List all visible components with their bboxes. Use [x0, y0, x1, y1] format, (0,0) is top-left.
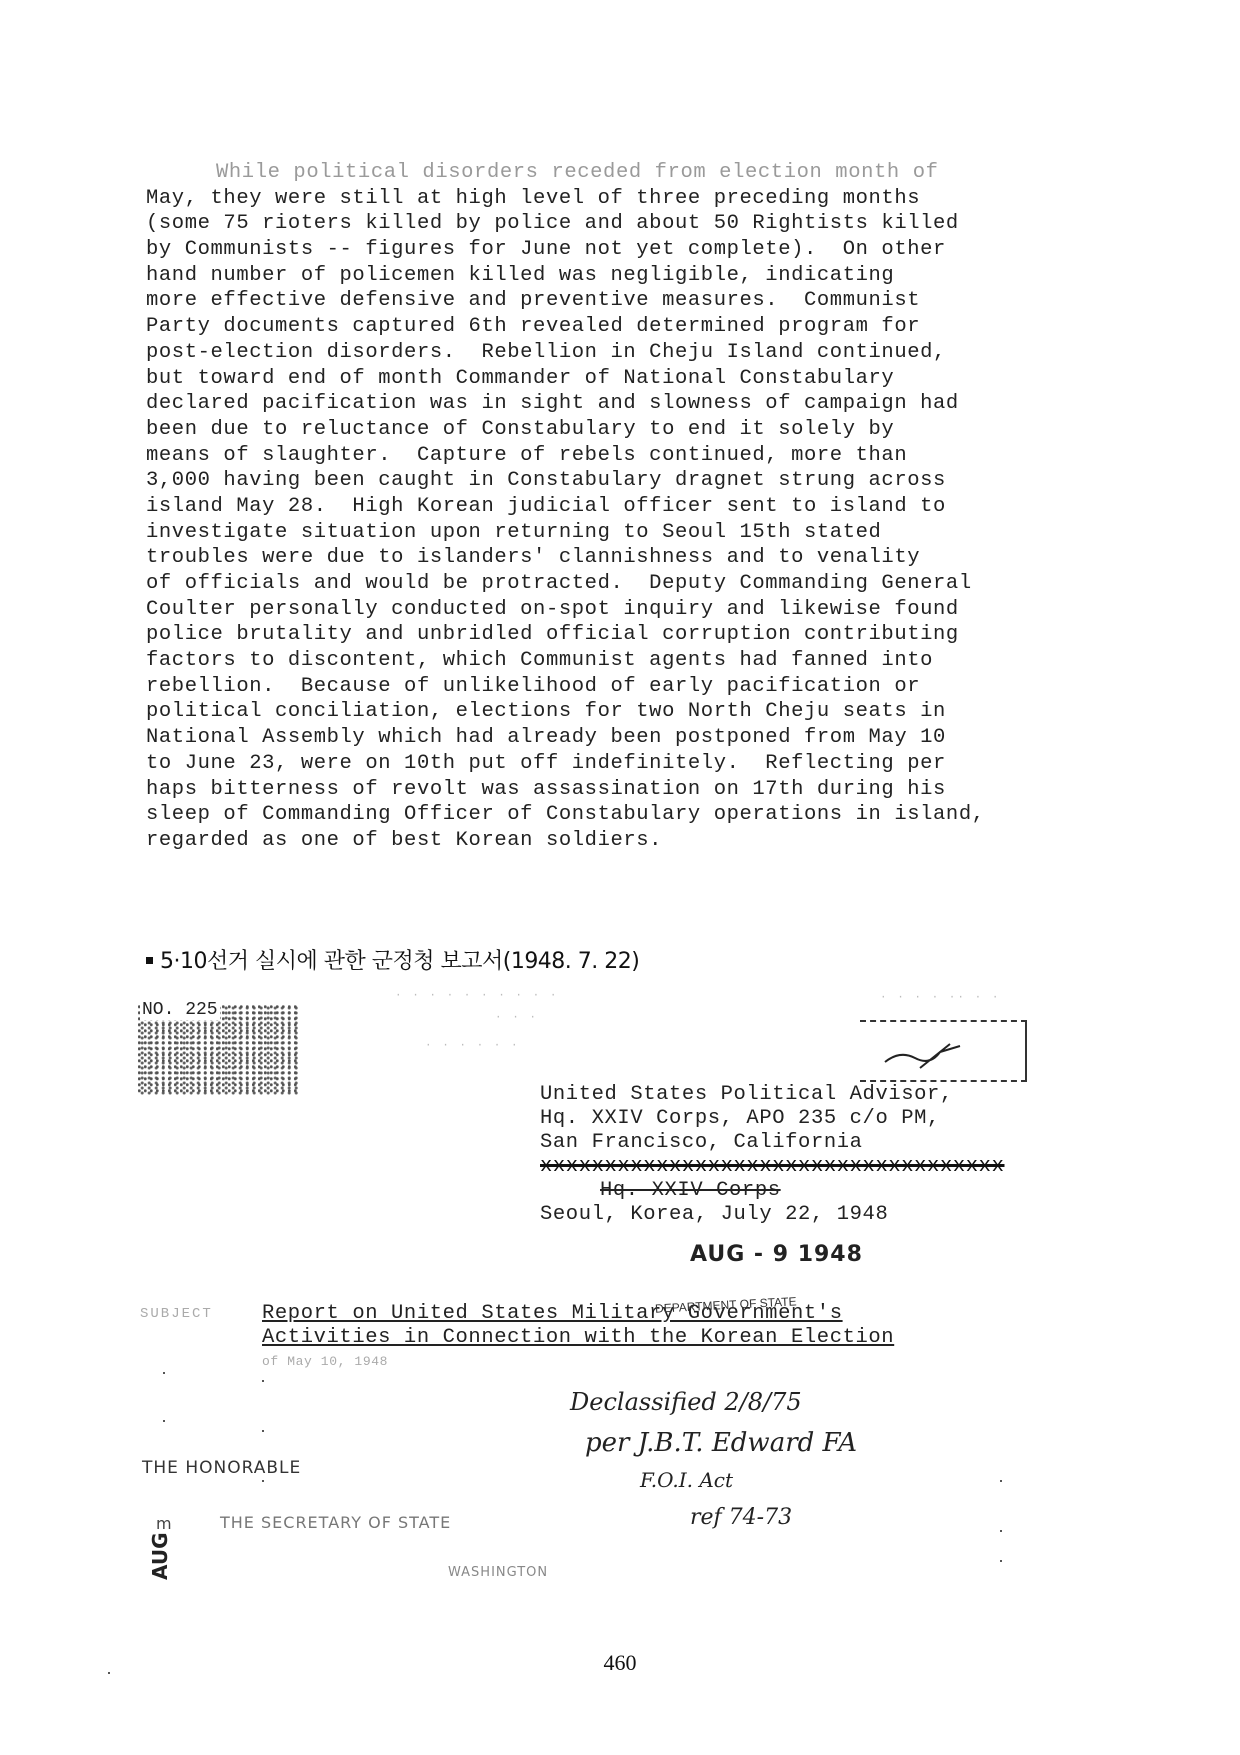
report-body-line: National Assembly which had already been…	[146, 725, 1146, 751]
report-body-line: been due to reluctance of Constabulary t…	[146, 417, 1146, 443]
handwritten-note: Declassified 2/8/75	[570, 1388, 802, 1416]
report-body-line: factors to discontent, which Communist a…	[146, 648, 1146, 674]
section-heading: 5·10선거 실시에 관한 군정청 보고서(1948. 7. 22)	[146, 944, 639, 975]
report-body-line: post-election disorders. Rebellion in Ch…	[146, 340, 1146, 366]
struck-subline: Hq. XXIV Corps	[540, 1179, 1004, 1203]
bullet-icon	[146, 957, 153, 964]
faint-letterhead-line-4: · · · · ·· · ·	[880, 992, 1000, 1004]
page-number: 460	[0, 1650, 1240, 1676]
faint-letterhead-line-3: · · · · · ·	[425, 1040, 520, 1052]
subject-subline: of May 10, 1948	[262, 1350, 894, 1374]
report-body-line: declared pacification was in sight and s…	[146, 391, 1146, 417]
subject-block: Report on United States Military Governm…	[262, 1302, 894, 1374]
report-body-line: to June 23, were on 10th put off indefin…	[146, 751, 1146, 777]
report-body-line: rebellion. Because of unlikelihood of ea…	[146, 674, 1146, 700]
report-body-line: Coulter personally conducted on-spot inq…	[146, 597, 1146, 623]
report-body-line: investigate situation upon returning to …	[146, 520, 1146, 546]
sender-line: Hq. XXIV Corps, APO 235 c/o PM,	[540, 1107, 1004, 1131]
report-body-line: Party documents captured 6th revealed de…	[146, 314, 1146, 340]
subject-line: Report on United States Military Governm…	[262, 1302, 894, 1326]
side-stamp: AUG	[148, 1532, 172, 1580]
signature-scribble-icon	[880, 1040, 970, 1070]
report-body-paragraph: While political disorders receded from e…	[146, 160, 1146, 854]
report-body-line: island May 28. High Korean judicial offi…	[146, 494, 1146, 520]
report-body-line: While political disorders receded from e…	[146, 160, 1146, 186]
sender-line: United States Political Advisor,	[540, 1083, 1004, 1107]
document-page: While political disorders receded from e…	[0, 0, 1240, 1755]
addressee-line: WASHINGTON	[448, 1565, 548, 1580]
addressee-line: THE SECRETARY OF STATE	[220, 1513, 451, 1532]
struck-line: xxxxxxxxxxxxxxxxxxxxxxxxxxxxxxxxxxxx	[540, 1155, 1004, 1179]
sender-block: United States Political Advisor, Hq. XXI…	[540, 1083, 1004, 1227]
report-body-line: of officials and would be protracted. De…	[146, 571, 1146, 597]
report-body-line: 3,000 having been caught in Constabulary…	[146, 468, 1146, 494]
report-body-line: police brutality and unbridled official …	[146, 622, 1146, 648]
report-body-line: May, they were still at high level of th…	[146, 186, 1146, 212]
handwritten-note: F.O.I. Act	[640, 1468, 733, 1492]
report-body-line: hand number of policemen killed was negl…	[146, 263, 1146, 289]
report-body-line: regarded as one of best Korean soldiers.	[146, 828, 1146, 854]
report-body-line: haps bitterness of revolt was assassinat…	[146, 777, 1146, 803]
number-stamp: NO. 225	[140, 1000, 220, 1020]
report-body-line: (some 75 rioters killed by police and ab…	[146, 211, 1146, 237]
report-body-line: but toward end of month Commander of Nat…	[146, 366, 1146, 392]
date-line: Seoul, Korea, July 22, 1948	[540, 1203, 1004, 1227]
report-body-line: more effective defensive and preventive …	[146, 288, 1146, 314]
side-mark: m	[156, 1514, 172, 1533]
section-heading-text: 5·10선거 실시에 관한 군정청 보고서(1948. 7. 22)	[160, 949, 639, 974]
subject-label: SUBJECT	[140, 1306, 213, 1322]
report-body-line: political conciliation, elections for tw…	[146, 699, 1146, 725]
handwritten-note: ref 74-73	[690, 1505, 792, 1530]
report-body-line: troubles were due to islanders' clannish…	[146, 545, 1146, 571]
faint-letterhead-line-1: · · · · · · · · · ·	[395, 990, 558, 1002]
addressee-line: THE HONORABLE	[142, 1458, 301, 1478]
handwritten-note: per J.B.T. Edward FA	[585, 1428, 857, 1458]
sender-line: San Francisco, California	[540, 1131, 1004, 1155]
report-body-line: by Communists -- figures for June not ye…	[146, 237, 1146, 263]
report-body-line: sleep of Commanding Officer of Constabul…	[146, 802, 1146, 828]
faint-letterhead-line-2: · · ·	[495, 1012, 538, 1024]
report-body-line: means of slaughter. Capture of rebels co…	[146, 443, 1146, 469]
subject-line: Activities in Connection with the Korean…	[262, 1326, 894, 1350]
received-date-stamp: AUG - 9 1948	[690, 1242, 863, 1267]
